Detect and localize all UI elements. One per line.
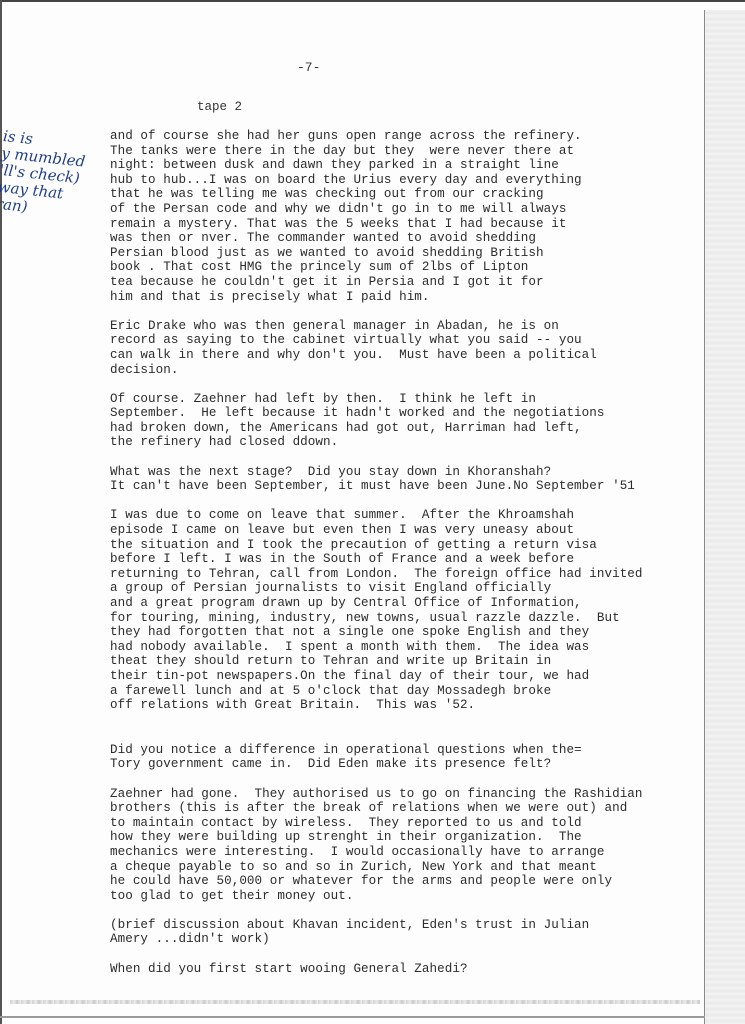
text-line: the situation and I took the precaution … [110,538,710,553]
text-line: Did you notice a difference in operation… [110,743,710,758]
text-line: book . That cost HMG the princely sum of… [110,260,710,275]
text-line: The tanks were there in the day but they… [110,144,710,159]
text-line: episode I came on leave but even then I … [110,523,710,538]
text-line: a group of Persian journalists to visit … [110,581,710,596]
paragraph-leave-summer: I was due to come on leave that summer. … [110,508,710,712]
text-line: Amery ...didn't work) [110,932,710,947]
text-line: and a great program drawn up by Central … [110,596,710,611]
paragraph-refinery: and of course she had her guns open rang… [110,129,710,304]
text-line: the refinery had closed ddown. [110,435,710,450]
text-line: I was due to come on leave that summer. … [110,508,710,523]
paragraph-brief-discussion: (brief discussion about Khavan incident,… [110,918,710,947]
section-label: tape 2 [197,100,242,114]
text-line: brothers (this is after the break of rel… [110,801,710,816]
text-line: their tin-pot newspapers.On the final da… [110,669,710,684]
text-line: night: between dusk and dawn they parked… [110,158,710,173]
text-line: that he was telling me was checking out … [110,187,710,202]
text-line: (brief discussion about Khavan incident,… [110,918,710,933]
text-line: before I left. I was in the South of Fra… [110,552,710,567]
scan-bottom-edge [0,1016,705,1018]
paragraph-eric-drake: Eric Drake who was then general manager … [110,319,710,377]
page-number: -7- [297,60,320,75]
text-line: Of course. Zaehner had left by then. I t… [110,392,710,407]
paragraph-question-zahedi: When did you first start wooing General … [110,962,710,977]
text-line: When did you first start wooing General … [110,962,710,977]
paragraph-spacer [110,304,710,319]
handwritten-margin-note: is is y mumbled 'll's check) way that ra… [0,128,103,223]
text-line: they had forgotten that not a single one… [110,625,710,640]
text-line: Zaehner had gone. They authorised us to … [110,787,710,802]
text-line: Eric Drake who was then general manager … [110,319,710,334]
transcript-body: and of course she had her guns open rang… [110,129,710,976]
scan-top-edge [0,0,745,2]
text-line: returning to Tehran, call from London. T… [110,567,710,582]
text-line: tea because he couldn't get it in Persia… [110,275,710,290]
text-line: for touring, mining, industry, new towns… [110,611,710,626]
paragraph-question-next-stage: What was the next stage? Did you stay do… [110,465,710,494]
paragraph-spacer [110,772,710,787]
paragraph-spacer [110,713,710,743]
text-line: can walk in there and why don't you. Mus… [110,348,710,363]
paragraph-rashidian: Zaehner had gone. They authorised us to … [110,787,710,904]
text-line: a cheque payable to so and so in Zurich,… [110,860,710,875]
text-line: him and that is precisely what I paid hi… [110,290,710,305]
text-line: theat they should return to Tehran and w… [110,654,710,669]
text-line: record as saying to the cabinet virtuall… [110,333,710,348]
text-line: had broken down, the Americans had got o… [110,421,710,436]
text-line: hub to hub...I was on board the Urius ev… [110,173,710,188]
text-line: remain a mystery. That was the 5 weeks t… [110,217,710,232]
scanned-document-page: -7- tape 2 is is y mumbled 'll's check) … [0,0,745,1024]
paragraph-zaehner-left: Of course. Zaehner had left by then. I t… [110,392,710,450]
text-line: Tory government came in. Did Eden make i… [110,757,710,772]
text-line: mechanics were interesting. I would occa… [110,845,710,860]
text-line: a farewell lunch and at 5 o'clock that d… [110,684,710,699]
paragraph-question-tory: Did you notice a difference in operation… [110,743,710,772]
text-line: of the Persan code and why we didn't go … [110,202,710,217]
scan-bottom-noise [10,1000,700,1004]
text-line: too glad to get their money out. [110,889,710,904]
text-line: Persian blood just as we wanted to avoid… [110,246,710,261]
text-line: September. He left because it hadn't wor… [110,406,710,421]
text-line: off relations with Great Britain. This w… [110,698,710,713]
text-line: was then or nver. The commander wanted t… [110,231,710,246]
text-line: how they were building up strenght in th… [110,830,710,845]
text-line: and of course she had her guns open rang… [110,129,710,144]
paragraph-spacer [110,903,710,918]
paragraph-spacer [110,377,710,392]
paragraph-spacer [110,494,710,509]
paragraph-spacer [110,947,710,962]
scan-right-margin-strip [704,10,745,1024]
text-line: had nobody available. I spent a month wi… [110,640,710,655]
text-line: he could have 50,000 or whatever for the… [110,874,710,889]
text-line: What was the next stage? Did you stay do… [110,465,710,480]
text-line: decision. [110,363,710,378]
text-line: to maintain contact by wireless. They re… [110,816,710,831]
text-line: It can't have been September, it must ha… [110,479,710,494]
paragraph-spacer [110,450,710,465]
